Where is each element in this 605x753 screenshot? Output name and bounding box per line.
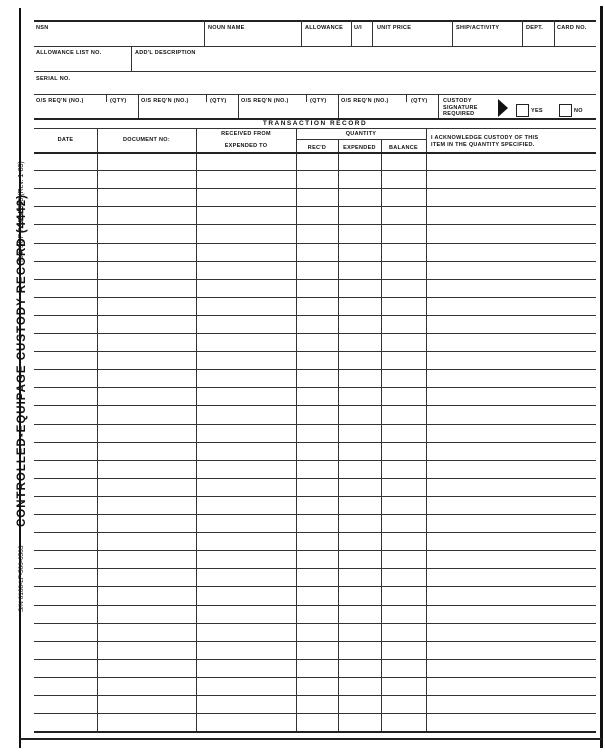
expended-cell[interactable] xyxy=(339,569,381,586)
document-no-cell[interactable] xyxy=(98,153,196,170)
expended-cell[interactable] xyxy=(339,225,381,242)
document-no-cell[interactable] xyxy=(98,678,196,695)
balance-cell[interactable] xyxy=(382,298,426,315)
balance-cell[interactable] xyxy=(382,388,426,405)
unit-price-field[interactable] xyxy=(373,22,451,46)
addl-description-field[interactable] xyxy=(132,47,596,71)
balance-cell[interactable] xyxy=(382,569,426,586)
recd-cell[interactable] xyxy=(297,225,338,242)
document-no-cell[interactable] xyxy=(98,587,196,604)
signature-cell[interactable] xyxy=(427,497,596,514)
expended-cell[interactable] xyxy=(339,551,381,568)
received-expended-cell[interactable] xyxy=(197,207,296,224)
recd-cell[interactable] xyxy=(297,660,338,677)
received-expended-cell[interactable] xyxy=(197,225,296,242)
balance-cell[interactable] xyxy=(382,497,426,514)
bottom-border xyxy=(20,738,602,740)
received-expended-cell[interactable] xyxy=(197,425,296,442)
recd-cell[interactable] xyxy=(297,606,338,623)
received-expended-cell[interactable] xyxy=(197,569,296,586)
document-no-cell[interactable] xyxy=(98,461,196,478)
expended-cell[interactable] xyxy=(339,660,381,677)
signature-cell[interactable] xyxy=(427,189,596,206)
form-number: NAVSUP FORM 306 (Rev. 1-83) xyxy=(18,0,25,262)
arrow-right-icon xyxy=(498,99,508,117)
document-no-cell[interactable] xyxy=(98,497,196,514)
received-expended-cell[interactable] xyxy=(197,370,296,387)
side-margin: CONTROLLED-EQUIPAGE CUSTODY RECORD (4442… xyxy=(0,0,30,753)
document-no-cell[interactable] xyxy=(98,533,196,550)
date-cell[interactable] xyxy=(35,642,97,659)
document-no-cell[interactable] xyxy=(98,334,196,351)
received-expended-cell[interactable] xyxy=(197,262,296,279)
recd-cell[interactable] xyxy=(297,370,338,387)
received-from-column-header: RECEIVED FROM xyxy=(196,131,296,137)
recd-cell[interactable] xyxy=(297,280,338,297)
date-column-header: DATE xyxy=(34,137,97,143)
balance-cell[interactable] xyxy=(382,171,426,188)
card-no-field[interactable] xyxy=(555,22,596,46)
document-no-cell[interactable] xyxy=(98,551,196,568)
date-cell[interactable] xyxy=(35,153,97,170)
date-cell[interactable] xyxy=(35,262,97,279)
balance-cell[interactable] xyxy=(382,678,426,695)
date-cell[interactable] xyxy=(35,316,97,333)
received-expended-cell[interactable] xyxy=(197,298,296,315)
signature-cell[interactable] xyxy=(427,425,596,442)
recd-cell[interactable] xyxy=(297,497,338,514)
date-cell[interactable] xyxy=(35,388,97,405)
document-no-cell[interactable] xyxy=(98,569,196,586)
received-expended-cell[interactable] xyxy=(197,551,296,568)
received-expended-cell[interactable] xyxy=(197,515,296,532)
received-expended-cell[interactable] xyxy=(197,497,296,514)
balance-cell[interactable] xyxy=(382,587,426,604)
signature-cell[interactable] xyxy=(427,352,596,369)
document-no-cell[interactable] xyxy=(98,660,196,677)
document-no-cell[interactable] xyxy=(98,714,196,731)
date-cell[interactable] xyxy=(35,171,97,188)
document-no-column-header: DOCUMENT NO: xyxy=(97,137,196,143)
signature-cell[interactable] xyxy=(427,262,596,279)
recd-cell[interactable] xyxy=(297,678,338,695)
acknowledge-column-header: I ACKNOWLEDGE CUSTODY OF THIS ITEM IN TH… xyxy=(431,135,538,148)
recd-cell[interactable] xyxy=(297,352,338,369)
allowance-list-field[interactable] xyxy=(34,47,130,71)
received-expended-cell[interactable] xyxy=(197,443,296,460)
date-cell[interactable] xyxy=(35,443,97,460)
serial-no-field[interactable] xyxy=(34,72,596,94)
signature-cell[interactable] xyxy=(427,642,596,659)
received-expended-cell[interactable] xyxy=(197,587,296,604)
qty-4-field[interactable] xyxy=(407,95,437,117)
recd-cell[interactable] xyxy=(297,189,338,206)
balance-cell[interactable] xyxy=(382,153,426,170)
balance-cell[interactable] xyxy=(382,244,426,261)
date-cell[interactable] xyxy=(35,298,97,315)
ui-field[interactable] xyxy=(352,22,371,46)
date-cell[interactable] xyxy=(35,696,97,713)
expended-cell[interactable] xyxy=(339,352,381,369)
os-reqn-4-field[interactable] xyxy=(339,95,405,117)
os-reqn-3-field[interactable] xyxy=(239,95,305,117)
received-expended-cell[interactable] xyxy=(197,171,296,188)
recd-cell[interactable] xyxy=(297,696,338,713)
expended-cell[interactable] xyxy=(339,461,381,478)
received-expended-cell[interactable] xyxy=(197,714,296,731)
received-expended-cell[interactable] xyxy=(197,479,296,496)
document-no-cell[interactable] xyxy=(98,642,196,659)
received-expended-cell[interactable] xyxy=(197,406,296,423)
signature-cell[interactable] xyxy=(427,207,596,224)
document-no-cell[interactable] xyxy=(98,262,196,279)
expended-cell[interactable] xyxy=(339,406,381,423)
signature-cell[interactable] xyxy=(427,606,596,623)
date-cell[interactable] xyxy=(35,624,97,641)
expended-cell[interactable] xyxy=(339,425,381,442)
expended-cell[interactable] xyxy=(339,624,381,641)
expended-cell[interactable] xyxy=(339,678,381,695)
expended-column-header: EXPENDED xyxy=(338,145,381,151)
received-expended-cell[interactable] xyxy=(197,189,296,206)
recd-cell[interactable] xyxy=(297,624,338,641)
balance-cell[interactable] xyxy=(382,479,426,496)
date-cell[interactable] xyxy=(35,370,97,387)
date-cell[interactable] xyxy=(35,714,97,731)
expended-cell[interactable] xyxy=(339,189,381,206)
expended-cell[interactable] xyxy=(339,714,381,731)
expended-cell[interactable] xyxy=(339,244,381,261)
recd-cell[interactable] xyxy=(297,642,338,659)
document-no-cell[interactable] xyxy=(98,388,196,405)
date-cell[interactable] xyxy=(35,189,97,206)
balance-cell[interactable] xyxy=(382,533,426,550)
date-cell[interactable] xyxy=(35,515,97,532)
signature-cell[interactable] xyxy=(427,624,596,641)
quantity-column-header: QUANTITY xyxy=(296,131,426,137)
document-no-cell[interactable] xyxy=(98,606,196,623)
document-no-cell[interactable] xyxy=(98,207,196,224)
balance-cell[interactable] xyxy=(382,660,426,677)
recd-cell[interactable] xyxy=(297,406,338,423)
recd-cell[interactable] xyxy=(297,262,338,279)
balance-cell[interactable] xyxy=(382,696,426,713)
document-no-cell[interactable] xyxy=(98,189,196,206)
recd-cell[interactable] xyxy=(297,298,338,315)
received-expended-cell[interactable] xyxy=(197,624,296,641)
balance-cell[interactable] xyxy=(382,642,426,659)
allowance-field[interactable] xyxy=(302,22,350,46)
no-label: NO xyxy=(574,108,583,114)
recd-cell[interactable] xyxy=(297,714,338,731)
date-cell[interactable] xyxy=(35,406,97,423)
document-no-cell[interactable] xyxy=(98,443,196,460)
document-no-cell[interactable] xyxy=(98,479,196,496)
dept-field[interactable] xyxy=(523,22,553,46)
expended-cell[interactable] xyxy=(339,642,381,659)
expended-cell[interactable] xyxy=(339,316,381,333)
signature-cell[interactable] xyxy=(427,443,596,460)
expended-cell[interactable] xyxy=(339,207,381,224)
expended-cell[interactable] xyxy=(339,443,381,460)
balance-cell[interactable] xyxy=(382,606,426,623)
recd-cell[interactable] xyxy=(297,461,338,478)
balance-column-header: BALANCE xyxy=(381,145,426,151)
signature-cell[interactable] xyxy=(427,479,596,496)
stock-number: S/N 0108-LF-500-6503 xyxy=(18,546,25,613)
expended-cell[interactable] xyxy=(339,370,381,387)
document-no-cell[interactable] xyxy=(98,624,196,641)
qty-3-field[interactable] xyxy=(307,95,337,117)
expended-cell[interactable] xyxy=(339,587,381,604)
expended-cell[interactable] xyxy=(339,696,381,713)
expended-cell[interactable] xyxy=(339,171,381,188)
recd-cell[interactable] xyxy=(297,388,338,405)
recd-cell[interactable] xyxy=(297,171,338,188)
recd-cell[interactable] xyxy=(297,587,338,604)
signature-cell[interactable] xyxy=(427,696,596,713)
recd-cell[interactable] xyxy=(297,515,338,532)
signature-cell[interactable] xyxy=(427,298,596,315)
received-expended-cell[interactable] xyxy=(197,280,296,297)
expended-to-column-header: EXPENDED TO xyxy=(196,143,296,149)
balance-cell[interactable] xyxy=(382,316,426,333)
document-no-cell[interactable] xyxy=(98,298,196,315)
date-cell[interactable] xyxy=(35,497,97,514)
signature-cell[interactable] xyxy=(427,316,596,333)
signature-cell[interactable] xyxy=(427,244,596,261)
date-cell[interactable] xyxy=(35,244,97,261)
section-rule xyxy=(34,128,596,129)
balance-cell[interactable] xyxy=(382,714,426,731)
date-cell[interactable] xyxy=(35,207,97,224)
os-reqn-2-field[interactable] xyxy=(139,95,205,117)
signature-cell[interactable] xyxy=(427,225,596,242)
received-expended-cell[interactable] xyxy=(197,533,296,550)
recd-cell[interactable] xyxy=(297,244,338,261)
signature-cell[interactable] xyxy=(427,171,596,188)
balance-cell[interactable] xyxy=(382,624,426,641)
date-cell[interactable] xyxy=(35,569,97,586)
balance-cell[interactable] xyxy=(382,443,426,460)
balance-cell[interactable] xyxy=(382,225,426,242)
date-cell[interactable] xyxy=(35,334,97,351)
date-cell[interactable] xyxy=(35,660,97,677)
recd-cell[interactable] xyxy=(297,443,338,460)
os-reqn-1-field[interactable] xyxy=(34,95,106,117)
balance-cell[interactable] xyxy=(382,207,426,224)
signature-cell[interactable] xyxy=(427,660,596,677)
date-cell[interactable] xyxy=(35,352,97,369)
date-cell[interactable] xyxy=(35,280,97,297)
expended-cell[interactable] xyxy=(339,334,381,351)
expended-cell[interactable] xyxy=(339,298,381,315)
expended-cell[interactable] xyxy=(339,479,381,496)
balance-cell[interactable] xyxy=(382,461,426,478)
date-cell[interactable] xyxy=(35,551,97,568)
received-expended-cell[interactable] xyxy=(197,678,296,695)
recd-cell[interactable] xyxy=(297,153,338,170)
qty-2-field[interactable] xyxy=(207,95,237,117)
balance-cell[interactable] xyxy=(382,334,426,351)
recd-cell[interactable] xyxy=(297,316,338,333)
balance-cell[interactable] xyxy=(382,515,426,532)
signature-cell[interactable] xyxy=(427,406,596,423)
date-cell[interactable] xyxy=(35,533,97,550)
signature-cell[interactable] xyxy=(427,153,596,170)
ship-activity-field[interactable] xyxy=(453,22,521,46)
signature-cell[interactable] xyxy=(427,334,596,351)
expended-cell[interactable] xyxy=(339,533,381,550)
document-no-cell[interactable] xyxy=(98,352,196,369)
document-no-cell[interactable] xyxy=(98,171,196,188)
document-no-cell[interactable] xyxy=(98,280,196,297)
signature-cell[interactable] xyxy=(427,388,596,405)
balance-cell[interactable] xyxy=(382,425,426,442)
signature-cell[interactable] xyxy=(427,714,596,731)
document-no-cell[interactable] xyxy=(98,425,196,442)
date-cell[interactable] xyxy=(35,479,97,496)
signature-cell[interactable] xyxy=(427,370,596,387)
custody-line: REQUIRED xyxy=(443,111,478,118)
received-expended-cell[interactable] xyxy=(197,696,296,713)
signature-cell[interactable] xyxy=(427,678,596,695)
balance-cell[interactable] xyxy=(382,406,426,423)
signature-cell[interactable] xyxy=(427,515,596,532)
noun-name-field[interactable] xyxy=(205,22,301,46)
signature-cell[interactable] xyxy=(427,533,596,550)
received-expended-cell[interactable] xyxy=(197,606,296,623)
expended-cell[interactable] xyxy=(339,515,381,532)
expended-cell[interactable] xyxy=(339,262,381,279)
document-no-cell[interactable] xyxy=(98,515,196,532)
received-expended-cell[interactable] xyxy=(197,153,296,170)
recd-cell[interactable] xyxy=(297,551,338,568)
received-expended-cell[interactable] xyxy=(197,352,296,369)
received-expended-cell[interactable] xyxy=(197,388,296,405)
transaction-record-title: TRANSACTION RECORD xyxy=(34,120,596,127)
date-cell[interactable] xyxy=(35,606,97,623)
date-cell[interactable] xyxy=(35,425,97,442)
quantity-rule xyxy=(296,139,426,140)
recd-cell[interactable] xyxy=(297,569,338,586)
expended-cell[interactable] xyxy=(339,388,381,405)
balance-cell[interactable] xyxy=(382,352,426,369)
right-border xyxy=(600,6,603,748)
document-no-cell[interactable] xyxy=(98,406,196,423)
received-expended-cell[interactable] xyxy=(197,334,296,351)
document-no-cell[interactable] xyxy=(98,370,196,387)
ack-line: I ACKNOWLEDGE CUSTODY OF THIS xyxy=(431,135,538,142)
yes-checkbox[interactable] xyxy=(516,104,529,117)
recd-cell[interactable] xyxy=(297,533,338,550)
expended-cell[interactable] xyxy=(339,497,381,514)
balance-cell[interactable] xyxy=(382,551,426,568)
recd-cell[interactable] xyxy=(297,334,338,351)
custody-signature-label: CUSTODY SIGNATURE REQUIRED xyxy=(443,98,478,118)
document-no-cell[interactable] xyxy=(98,225,196,242)
expended-cell[interactable] xyxy=(339,153,381,170)
date-cell[interactable] xyxy=(35,678,97,695)
date-cell[interactable] xyxy=(35,587,97,604)
date-cell[interactable] xyxy=(35,461,97,478)
yes-label: YES xyxy=(531,108,543,114)
recd-cell[interactable] xyxy=(297,425,338,442)
expended-cell[interactable] xyxy=(339,280,381,297)
qty-1-field[interactable] xyxy=(107,95,137,117)
document-no-cell[interactable] xyxy=(98,316,196,333)
signature-cell[interactable] xyxy=(427,587,596,604)
ack-line: ITEM IN THE QUANTITY SPECIFIED. xyxy=(431,142,538,149)
recd-column-header: REC'D xyxy=(296,145,338,151)
recd-cell[interactable] xyxy=(297,207,338,224)
row-rule xyxy=(34,731,596,733)
document-no-cell[interactable] xyxy=(98,244,196,261)
signature-cell[interactable] xyxy=(427,280,596,297)
signature-cell[interactable] xyxy=(427,569,596,586)
received-expended-cell[interactable] xyxy=(197,461,296,478)
balance-cell[interactable] xyxy=(382,189,426,206)
recd-cell[interactable] xyxy=(297,479,338,496)
no-checkbox[interactable] xyxy=(559,104,572,117)
nsn-field[interactable] xyxy=(34,22,204,46)
signature-cell[interactable] xyxy=(427,551,596,568)
received-expended-cell[interactable] xyxy=(197,660,296,677)
received-expended-cell[interactable] xyxy=(197,642,296,659)
document-no-cell[interactable] xyxy=(98,696,196,713)
expended-cell[interactable] xyxy=(339,606,381,623)
divider xyxy=(438,94,439,118)
received-expended-cell[interactable] xyxy=(197,244,296,261)
balance-cell[interactable] xyxy=(382,262,426,279)
balance-cell[interactable] xyxy=(382,280,426,297)
signature-cell[interactable] xyxy=(427,461,596,478)
received-expended-cell[interactable] xyxy=(197,316,296,333)
date-cell[interactable] xyxy=(35,225,97,242)
balance-cell[interactable] xyxy=(382,370,426,387)
